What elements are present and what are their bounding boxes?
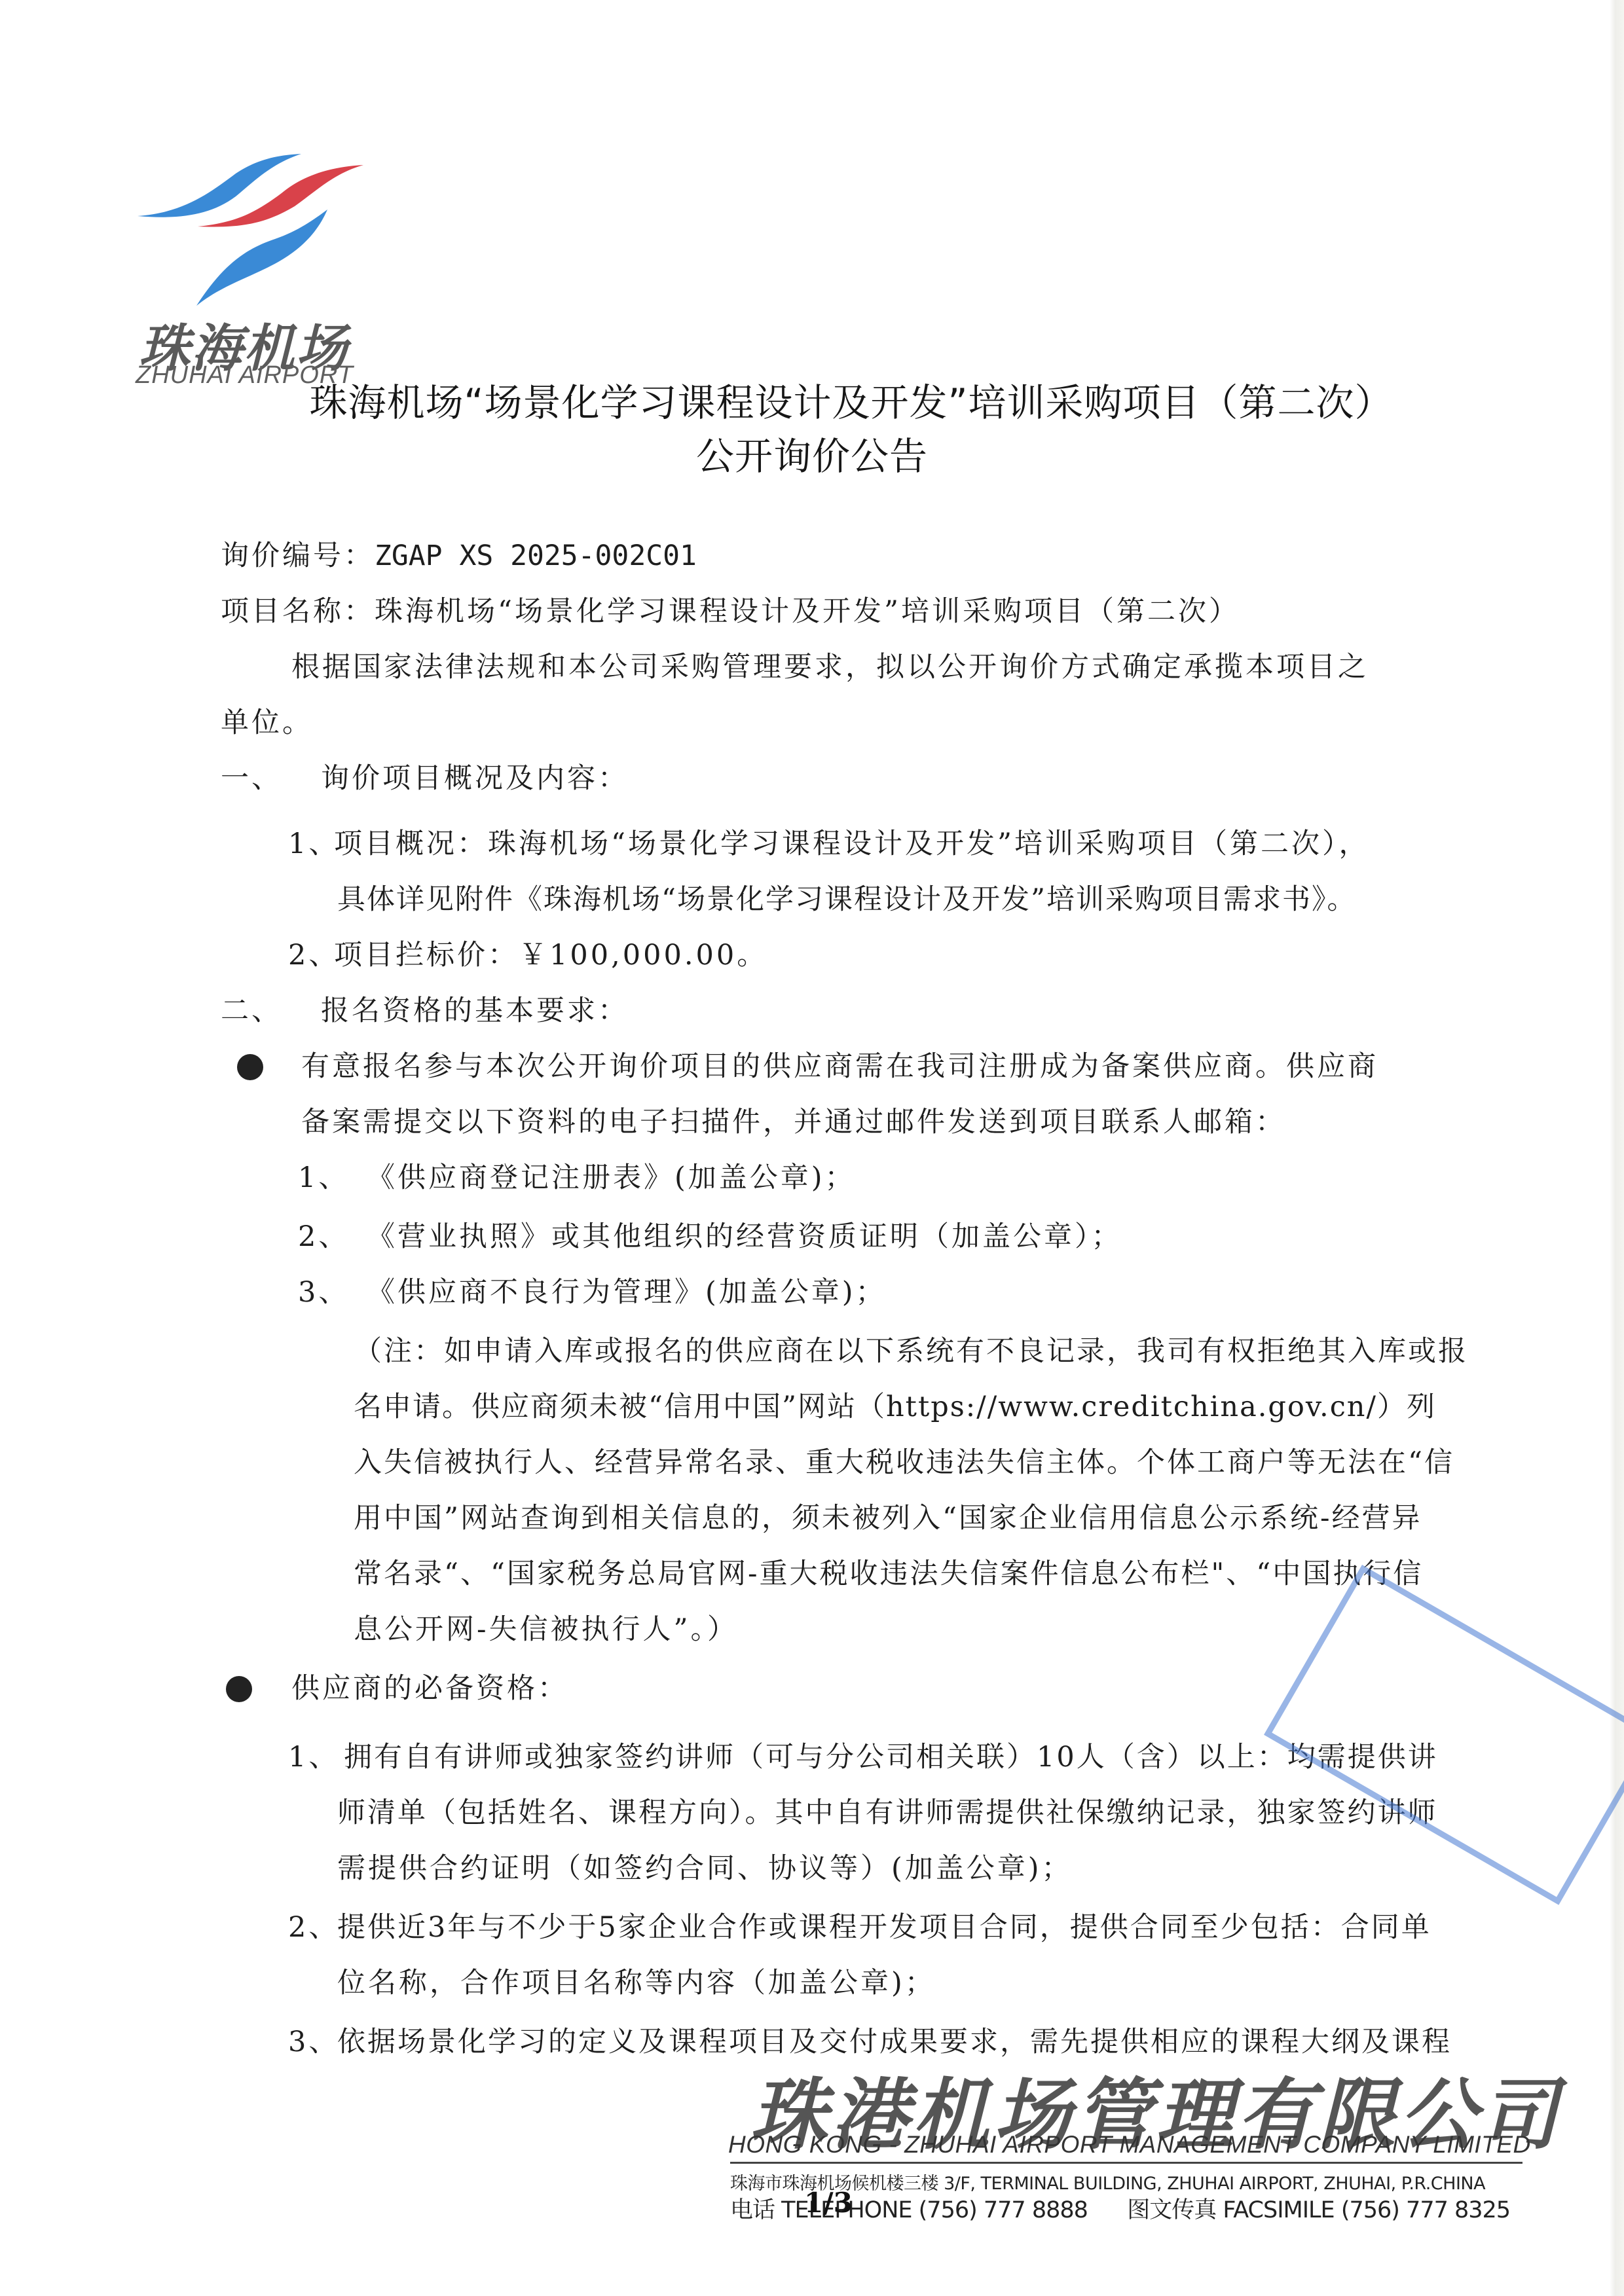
telephone-number: (756) 777 8888 xyxy=(919,2197,1088,2223)
section2-heading: 报名资格的基本要求： xyxy=(321,994,629,1028)
bullet1-line2: 备案需提交以下资料的电子扫描件，并通过邮件发送到项目联系人邮箱： xyxy=(301,1105,1286,1139)
document-subtitle: 公开询价公告 xyxy=(0,426,1624,481)
project-name-value: 珠海机场“场景化学习课程设计及开发”培训采购项目（第二次） xyxy=(375,595,1240,628)
inquiry-number-row: 询价编号：ZGAP XS 2025-002C01 xyxy=(221,539,697,573)
note-line6: 息公开网-失信被执行人”。） xyxy=(354,1613,738,1647)
qual-item2-number: 2、 xyxy=(288,1910,339,1944)
bullet-icon xyxy=(237,1054,263,1080)
note-line4: 用中国”网站查询到相关信息的，须未被列入“国家企业信用信息公示系统-经营异 xyxy=(354,1501,1422,1535)
qual-item1-line2: 师清单（包括姓名、课程方向）。其中自有讲师需提供社保缴纳记录，独家签约讲师 xyxy=(337,1796,1438,1830)
intro-paragraph-line1: 根据国家法律法规和本公司采购管理要求，拟以公开询价方式确定承揽本项目之 xyxy=(291,650,1369,684)
inquiry-number-label: 询价编号： xyxy=(221,539,375,572)
qual-item1-line1: 拥有自有讲师或独家签约讲师（可与分公司相关联）10人（含）以上：均需提供讲 xyxy=(344,1740,1438,1774)
qual-item1-line3: 需提供合约证明（如签约合同、协议等）(加盖公章)； xyxy=(337,1851,1073,1886)
doc-item2-number: 2、 xyxy=(298,1220,349,1254)
bullet2-heading: 供应商的必备资格： xyxy=(291,1671,568,1705)
note-line5: 常名录“、“国家税务总局官网-重大税收违法失信案件信息公布栏"、“中国执行信 xyxy=(354,1557,1423,1591)
intro-paragraph-line2: 单位。 xyxy=(221,706,313,740)
footer-divider xyxy=(730,2162,1522,2164)
note-line2-with-link: 名申请。供应商须未被“信用中国”网站（https://www.creditchi… xyxy=(354,1390,1436,1424)
section1-item1-line1: 项目概况：珠海机场“场景化学习课程设计及开发”培训采购项目（第二次）， xyxy=(334,827,1369,861)
section2-number: 二、 xyxy=(221,994,282,1028)
bullet1-line1: 有意报名参与本次公开询价项目的供应商需在我司注册成为备案供应商。供应商 xyxy=(301,1049,1378,1084)
section1-item2-number: 2、 xyxy=(288,938,339,972)
bullet-icon xyxy=(226,1676,252,1702)
page-number: 1/3 xyxy=(804,2187,853,2219)
project-name-row: 项目名称：珠海机场“场景化学习课程设计及开发”培训采购项目（第二次） xyxy=(221,594,1240,629)
project-name-label: 项目名称： xyxy=(221,595,375,628)
doc-item2-text: 《营业执照》或其他组织的经营资质证明（加盖公章）； xyxy=(367,1220,1122,1254)
doc-item3-text: 《供应商不良行为管理》(加盖公章)； xyxy=(367,1275,887,1309)
section1-item1-line2: 具体详见附件《珠海机场“场景化学习课程设计及开发”培训采购项目需求书》。 xyxy=(337,883,1356,917)
note-line3: 入失信被执行人、经营异常名录、重大税收违法失信主体。个体工商户等无法在“信 xyxy=(354,1446,1454,1480)
doc-item1-text: 《供应商登记注册表》(加盖公章)； xyxy=(367,1161,856,1195)
note-line1: （注：如申请入库或报名的供应商在以下系统有不良记录，我司有权拒绝其入库或报 xyxy=(354,1334,1468,1368)
qual-item2-line2: 位名称，合作项目名称等内容（加盖公章)； xyxy=(337,1966,936,2000)
document-title: 珠海机场“场景化学习课程设计及开发”培训采购项目（第二次） xyxy=(39,372,1624,427)
doc-item3-number: 3、 xyxy=(298,1275,349,1309)
section1-item2-line1: 项目拦标价：￥100,000.00。 xyxy=(334,938,767,972)
section1-heading: 询价项目概况及内容： xyxy=(321,761,629,795)
footer-company-name-en: HONG KONG - ZHUHAI AIRPORT MANAGEMENT CO… xyxy=(728,2131,1531,2159)
section1-item1-number: 1、 xyxy=(288,827,339,861)
qual-item3-number: 3、 xyxy=(288,2025,339,2059)
qual-item2-line1: 提供近3年与不少于5家企业合作或课程开发项目合同，提供合同至少包括：合同单 xyxy=(337,1910,1431,1944)
company-stamp xyxy=(1264,1565,1624,1905)
section1-number: 一、 xyxy=(221,761,282,795)
inquiry-number-value: ZGAP XS 2025-002C01 xyxy=(375,539,697,572)
doc-item1-number: 1、 xyxy=(298,1161,349,1195)
fax-number: (756) 777 8325 xyxy=(1341,2197,1510,2223)
scan-edge-strip xyxy=(1610,0,1624,2296)
qual-item1-number: 1、 xyxy=(288,1740,339,1774)
fax-label: 图文传真 FACSIMILE xyxy=(1127,2197,1334,2223)
